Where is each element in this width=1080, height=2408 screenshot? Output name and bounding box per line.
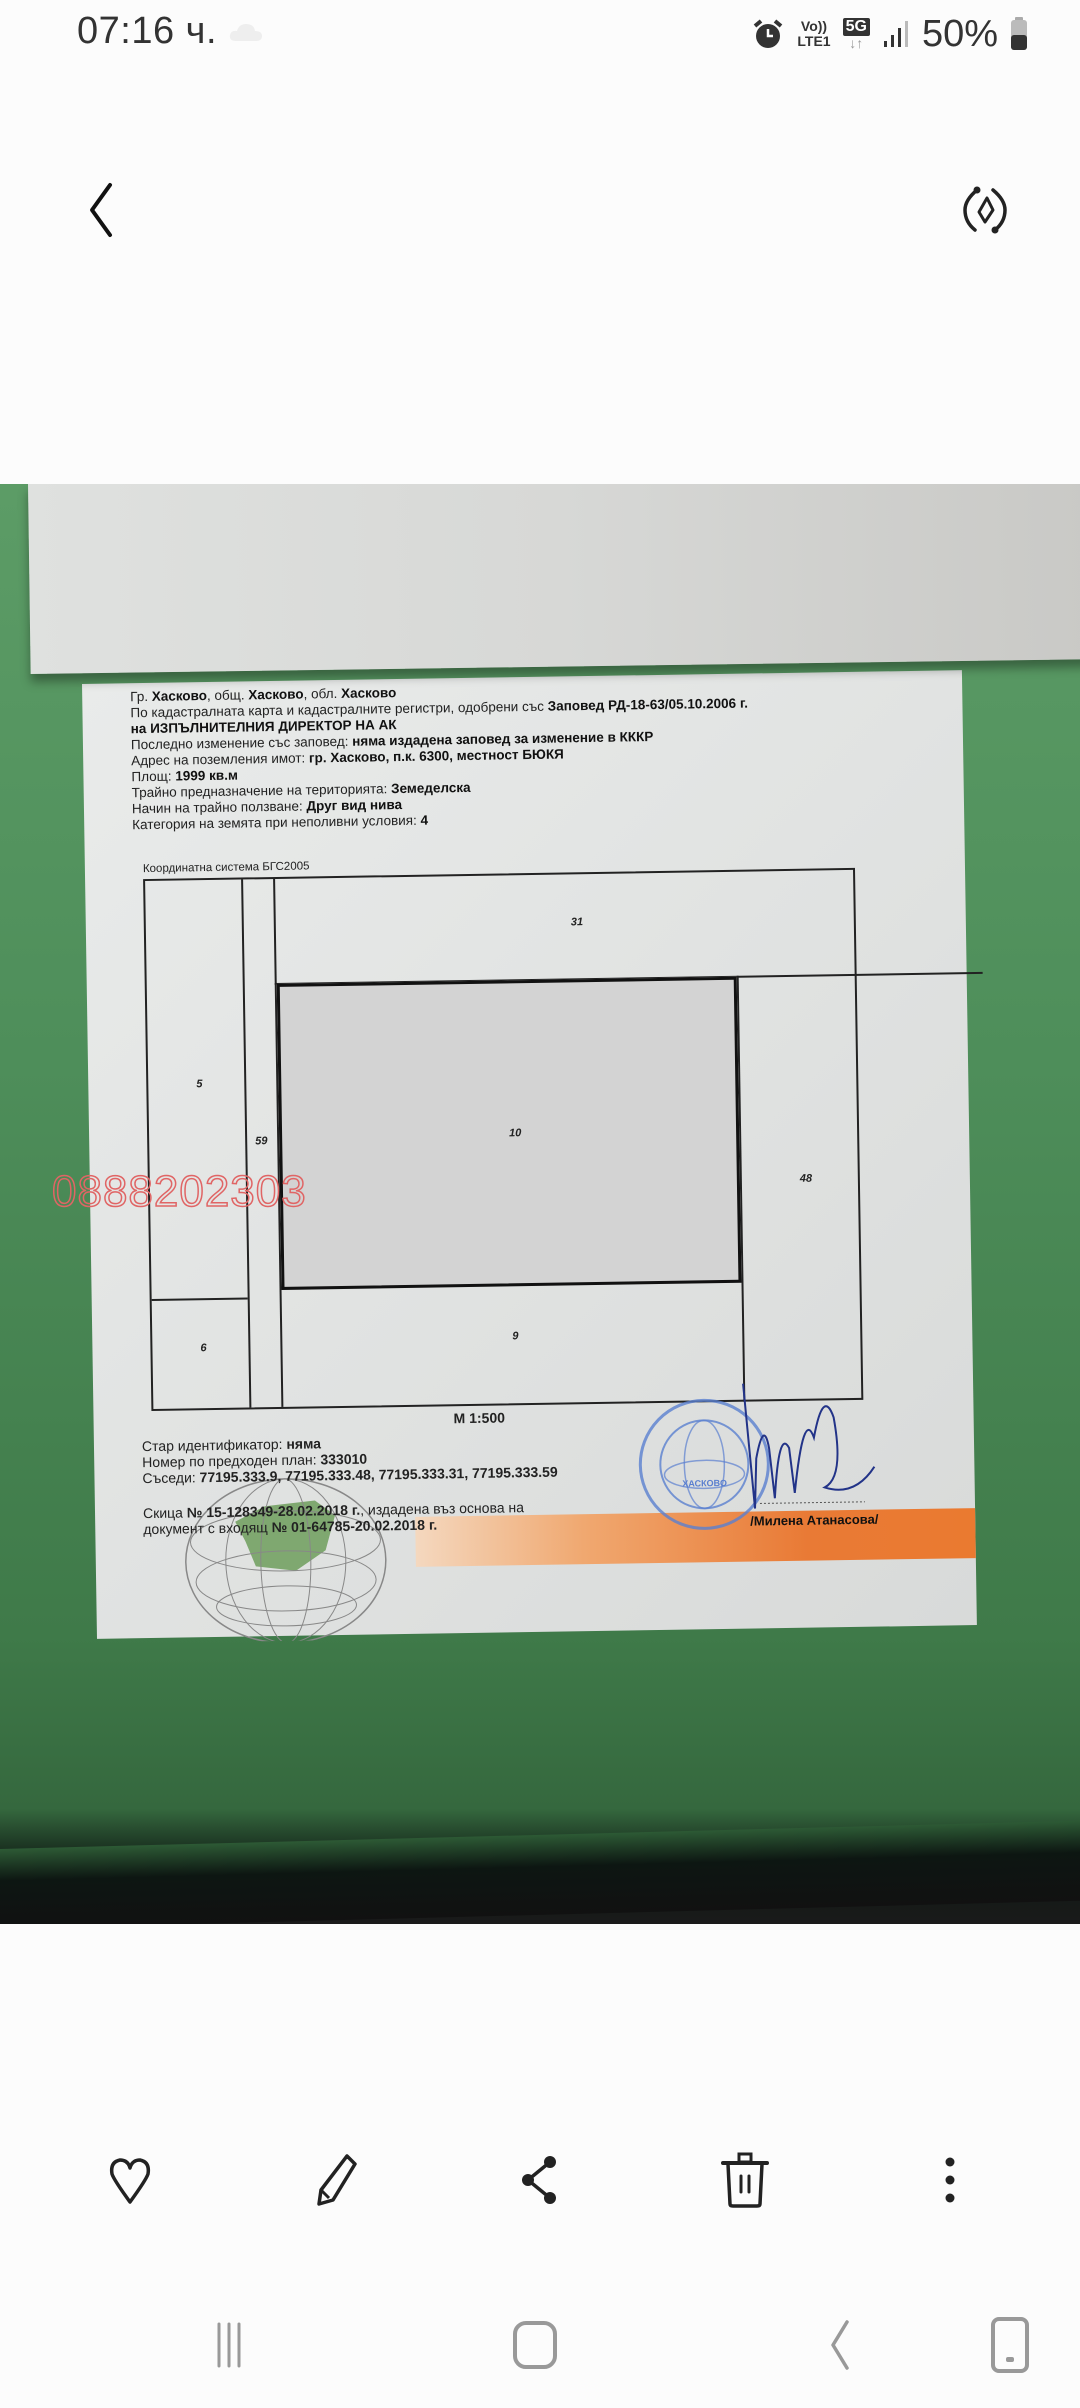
cloud-icon — [228, 22, 264, 42]
text: Категория на земята при неполивни услови… — [132, 813, 421, 833]
share-icon — [510, 2150, 570, 2210]
text: , издадена въз основа на — [360, 1499, 524, 1518]
favorite-button[interactable] — [90, 2140, 170, 2220]
document-details: Стар идентификатор: няма Номер по предхо… — [142, 1432, 558, 1487]
network-type: 5G — [843, 18, 870, 36]
document-header: Гр. Хасково, общ. Хасково, обл. Хасково … — [130, 677, 932, 834]
text: Скица — [143, 1504, 187, 1521]
cadastral-sketch-document: Гр. Хасково, общ. Хасково, обл. Хасково … — [82, 670, 977, 1639]
table-edge-shadow — [0, 1821, 1080, 1924]
phone-watermark: 0888202303 — [52, 1167, 307, 1217]
area: 1999 кв.м — [175, 768, 238, 784]
order-number: Заповед РД-18-63/05.10.2006 г. — [548, 696, 748, 714]
text: документ с входящ — [143, 1519, 272, 1537]
data-arrows-icon: ↓↑ — [843, 36, 870, 50]
photo-viewer[interactable]: Гр. Хасково, общ. Хасково, обл. Хасково … — [0, 484, 1080, 1924]
purpose: Земеделска — [391, 780, 471, 796]
city: Хасково — [152, 688, 207, 704]
incoming-number: № 01-64785-20.02.2018 г. — [271, 1517, 437, 1536]
delete-button[interactable] — [705, 2140, 785, 2220]
coordinate-system: Координатна система БГС2005 — [143, 860, 310, 875]
folded-paper-flap — [28, 484, 1080, 674]
heart-icon — [100, 2150, 160, 2210]
back-icon — [815, 2320, 865, 2370]
nav-back-button[interactable] — [800, 2305, 880, 2385]
keyboard-toggle-button[interactable] — [970, 2305, 1050, 2385]
volte-bottom: LTE1 — [797, 34, 830, 49]
battery-percent: 50% — [922, 13, 998, 56]
home-button[interactable] — [495, 2305, 575, 2385]
map-line — [152, 1297, 248, 1300]
volte-top: Vo)) — [797, 19, 830, 34]
signature — [733, 1377, 885, 1519]
navigation-bar — [0, 2290, 1080, 2408]
agency-globe-logo — [174, 1459, 397, 1642]
recents-button[interactable] — [190, 2305, 270, 2385]
cadastral-map: 31 5 59 10 48 6 9 — [143, 868, 863, 1411]
parcel-label: 5 — [196, 1078, 202, 1090]
region: Хасково — [341, 685, 396, 701]
sketch-info: Скица № 15-128349-28.02.2018 г., издаден… — [143, 1499, 524, 1537]
status-bar: 07:16 ч. Vo)) LTE1 5G ↓↑ 50% — [0, 0, 1080, 70]
edit-button[interactable] — [295, 2140, 375, 2220]
back-button[interactable] — [70, 175, 130, 245]
category: 4 — [420, 813, 428, 828]
rotate-icon — [955, 180, 1015, 240]
text: Начин на трайно ползване: — [132, 798, 307, 816]
parcel-label: 6 — [200, 1342, 206, 1354]
action-bar — [0, 2120, 1080, 2240]
home-icon — [510, 2320, 560, 2370]
more-options-button[interactable] — [910, 2140, 990, 2220]
parcel-label: 59 — [255, 1135, 267, 1147]
map-line — [241, 880, 251, 1408]
5g-icon: 5G ↓↑ — [843, 18, 870, 50]
parcel-label: 31 — [571, 916, 583, 928]
text: Съседи: — [142, 1469, 199, 1486]
usage: Друг вид нива — [306, 797, 402, 813]
map-scale: М 1:500 — [453, 1409, 505, 1426]
pencil-icon — [305, 2150, 365, 2210]
text: Адрес на поземления имот: — [131, 750, 309, 768]
alarm-icon — [751, 17, 785, 51]
status-time: 07:16 ч. — [77, 10, 217, 53]
volte-icon: Vo)) LTE1 — [797, 19, 830, 49]
chevron-left-icon — [80, 180, 120, 240]
phone-portrait-icon — [985, 2315, 1035, 2375]
share-button[interactable] — [500, 2140, 580, 2220]
rotate-button[interactable] — [950, 175, 1020, 245]
text: , общ. — [207, 687, 249, 703]
text: , обл. — [303, 686, 341, 702]
municipality: Хасково — [248, 687, 303, 703]
battery-icon — [1010, 17, 1028, 51]
more-vertical-icon — [940, 2150, 960, 2210]
recents-icon — [205, 2320, 255, 2370]
text: Гр. — [130, 689, 152, 704]
signer-name: /Милена Атанасова/ — [750, 1512, 878, 1529]
parcel-label: 48 — [800, 1173, 812, 1185]
svg-text:ХАСКОВО: ХАСКОВО — [682, 1478, 727, 1489]
prev-plan: 333010 — [320, 1451, 367, 1468]
parcel-label: 10 — [509, 1127, 521, 1139]
trash-icon — [715, 2150, 775, 2210]
address: гр. Хасково, п.к. 6300, местност БЮКЯ — [309, 746, 564, 765]
old-id: няма — [286, 1435, 321, 1452]
signal-icon — [882, 19, 910, 49]
top-bar — [0, 150, 1080, 270]
status-icons: Vo)) LTE1 5G ↓↑ 50% — [751, 12, 1028, 56]
parcel-label: 9 — [512, 1330, 518, 1342]
text: Площ: — [131, 769, 175, 785]
